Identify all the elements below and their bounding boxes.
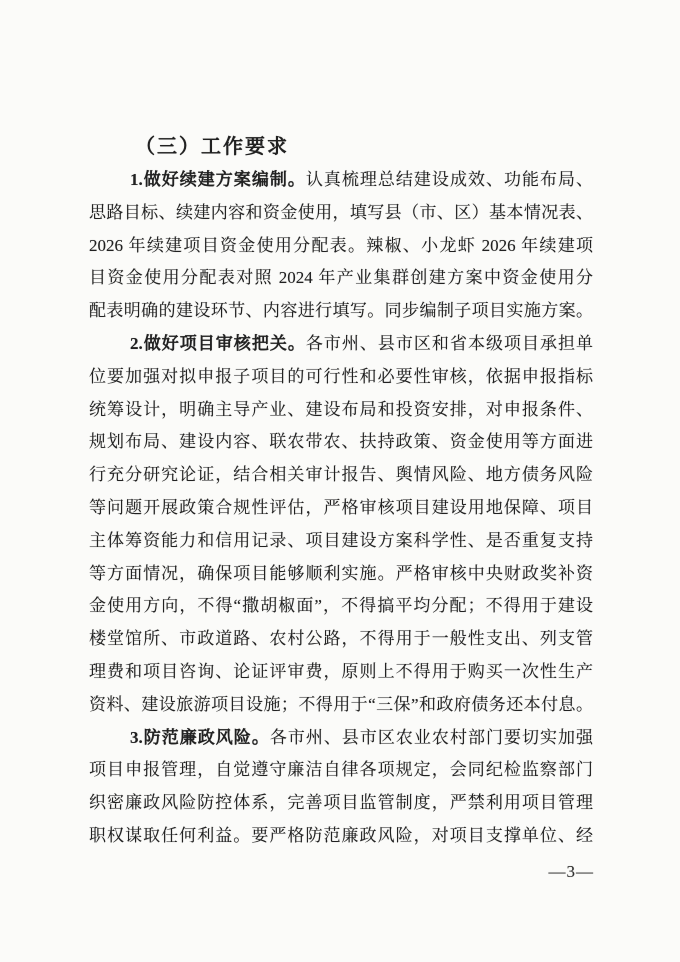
paragraph-2-line: 位要加强对拟申报子项目的可行性和必要性审核，依据申报指标 <box>89 361 593 394</box>
paragraph-2-first-line: 2.做好项目审核把关。各市州、县市区和省本级项目承担单 <box>89 328 593 361</box>
paragraph-3-lead: 3.防范廉政风险。 <box>130 728 270 747</box>
paragraph-2-lead-rest: 各市州、县市区和省本级项目承担单 <box>306 334 593 353</box>
paragraph-1-first-line: 1.做好续建方案编制。认真梳理总结建设成效、功能布局、 <box>89 164 593 197</box>
page-number: —3— <box>549 858 595 886</box>
paragraph-2-lead: 2.做好项目审核把关。 <box>130 334 306 353</box>
paragraph-2-line: 主体筹资能力和信用记录、项目建设方案科学性、是否重复支持 <box>89 525 593 558</box>
paragraph-3-lead-rest: 各市州、县市区农业农村部门要切实加强 <box>270 728 593 747</box>
paragraph-2-line: 楼堂馆所、市政道路、农村公路，不得用于一般性支出、列支管 <box>89 623 593 656</box>
paragraph-2-line: 金使用方向，不得“撒胡椒面”，不得搞平均分配；不得用于建设 <box>89 590 593 623</box>
paragraph-1-line: 2026 年续建项目资金使用分配表。辣椒、小龙虾 2026 年续建项 <box>89 230 593 263</box>
paragraph-2-line: 统筹设计，明确主导产业、建设布局和投资安排，对申报条件、 <box>89 394 593 427</box>
section-heading: （三）工作要求 <box>89 130 593 164</box>
paragraph-1-line: 思路目标、续建内容和资金使用，填写县（市、区）基本情况表、 <box>89 197 593 230</box>
paragraph-1-line: 目资金使用分配表对照 2024 年产业集群创建方案中资金使用分 <box>89 262 593 295</box>
paragraph-2-line: 规划布局、建设内容、联农带农、扶持政策、资金使用等方面进 <box>89 426 593 459</box>
paragraph-3-line: 织密廉政风险防控体系，完善项目监管制度，严禁利用项目管理 <box>89 787 593 820</box>
document-body: （三）工作要求 1.做好续建方案编制。认真梳理总结建设成效、功能布局、 思路目标… <box>89 130 593 853</box>
paragraph-2-line: 资料、建设旅游项目设施；不得用于“三保”和政府债务还本付息。 <box>89 689 593 722</box>
paragraph-1-line: 配表明确的建设环节、内容进行填写。同步编制子项目实施方案。 <box>89 295 593 328</box>
paragraph-2-line: 行充分研究论证，结合相关审计报告、舆情风险、地方债务风险 <box>89 459 593 492</box>
paragraph-2-line: 理费和项目咨询、论证评审费，原则上不得用于购买一次性生产 <box>89 656 593 689</box>
document-page: （三）工作要求 1.做好续建方案编制。认真梳理总结建设成效、功能布局、 思路目标… <box>0 0 680 962</box>
paragraph-3-line: 项目申报管理，自觉遵守廉洁自律各项规定，会同纪检监察部门 <box>89 754 593 787</box>
paragraph-1-lead: 1.做好续建方案编制。 <box>130 170 306 189</box>
paragraph-3-first-line: 3.防范廉政风险。各市州、县市区农业农村部门要切实加强 <box>89 722 593 755</box>
paragraph-2-line: 等方面情况，确保项目能够顺利实施。严格审核中央财政奖补资 <box>89 558 593 591</box>
paragraph-2-line: 等问题开展政策合规性评估，严格审核项目建设用地保障、项目 <box>89 492 593 525</box>
paragraph-1-lead-rest: 认真梳理总结建设成效、功能布局、 <box>306 170 593 189</box>
paragraph-3-line: 职权谋取任何利益。要严格防范廉政风险，对项目支撑单位、经 <box>89 820 593 853</box>
